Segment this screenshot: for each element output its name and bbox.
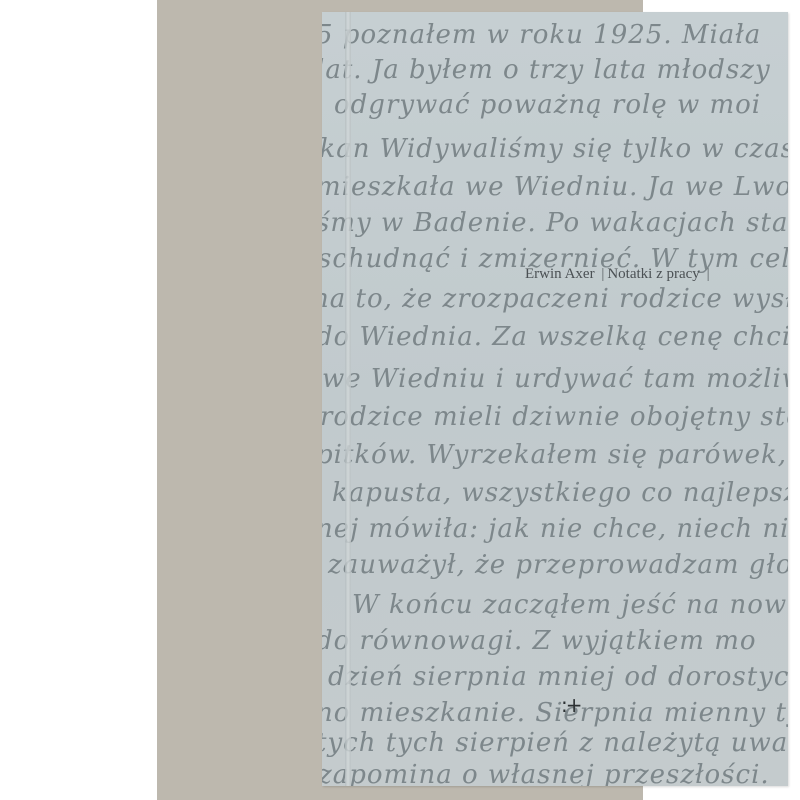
photo-background: 5 poznałem w roku 1925. Miała lat. Ja by…	[157, 0, 643, 800]
handwriting-line: mieszkała we Wiedniu. Ja we Lwowie	[322, 172, 788, 202]
handwriting-line: kapusta, wszystkiego co najlepsze,	[332, 478, 788, 508]
handwriting-line: no mieszkanie. Sierpnia mienny tylko o	[322, 698, 788, 728]
handwriting-line: pitków. Wyrzekałem się parówek, jaj	[322, 440, 788, 470]
cover-title: Erwin Axer |Notatki z pracy |	[525, 266, 713, 283]
author-name: Erwin Axer	[525, 266, 595, 282]
handwriting-line: tych tych sierpień z należytą uwagą	[322, 728, 788, 758]
handwriting-line: zapomina o własnej przeszłości.	[322, 760, 770, 786]
handwriting-line: dzień sierpnia mniej od dorostyc	[328, 662, 788, 692]
handwriting-line: we Wiedniu i urdywać tam możliw	[322, 364, 788, 394]
title-separator: |	[601, 266, 604, 282]
handwritten-letter-background: 5 poznałem w roku 1925. Miała lat. Ja by…	[322, 12, 788, 786]
book-title: Notatki z pracy	[607, 266, 699, 282]
handwriting-line: tkan Widywaliśmy się tylko w czasie	[322, 134, 788, 164]
handwriting-line: lat. Ja byłem o trzy lata młodszy	[322, 55, 771, 85]
handwriting-line: śmy w Badenie. Po wakacjach stawałem	[322, 208, 788, 238]
handwriting-line: zauważył, że przeprowadzam głodówk	[328, 550, 788, 580]
handwriting-line: 5 poznałem w roku 1925. Miała	[322, 20, 761, 50]
handwriting-line: do równowagi. Z wyjątkiem mo	[322, 626, 757, 656]
title-separator-end: |	[707, 266, 710, 282]
publisher-logo-icon: :+	[561, 693, 581, 717]
handwriting-line: na to, że zrozpaczeni rodzice wysłą	[322, 284, 788, 314]
handwriting-line: do Wiednia. Za wszelką cenę chciałem	[322, 322, 788, 352]
handwriting-line: odgrywać poważną rolę w moi	[334, 90, 761, 120]
handwriting-line: nej mówiła: jak nie chce, niech nie je	[322, 514, 788, 544]
handwriting-line: W końcu zacząłem jeść na nowo	[352, 590, 788, 620]
handwriting-line: rodzice mieli dziwnie obojętny stosu	[322, 402, 788, 432]
book-cover: 5 poznałem w roku 1925. Miała lat. Ja by…	[322, 12, 788, 786]
spine-crease	[345, 12, 351, 786]
